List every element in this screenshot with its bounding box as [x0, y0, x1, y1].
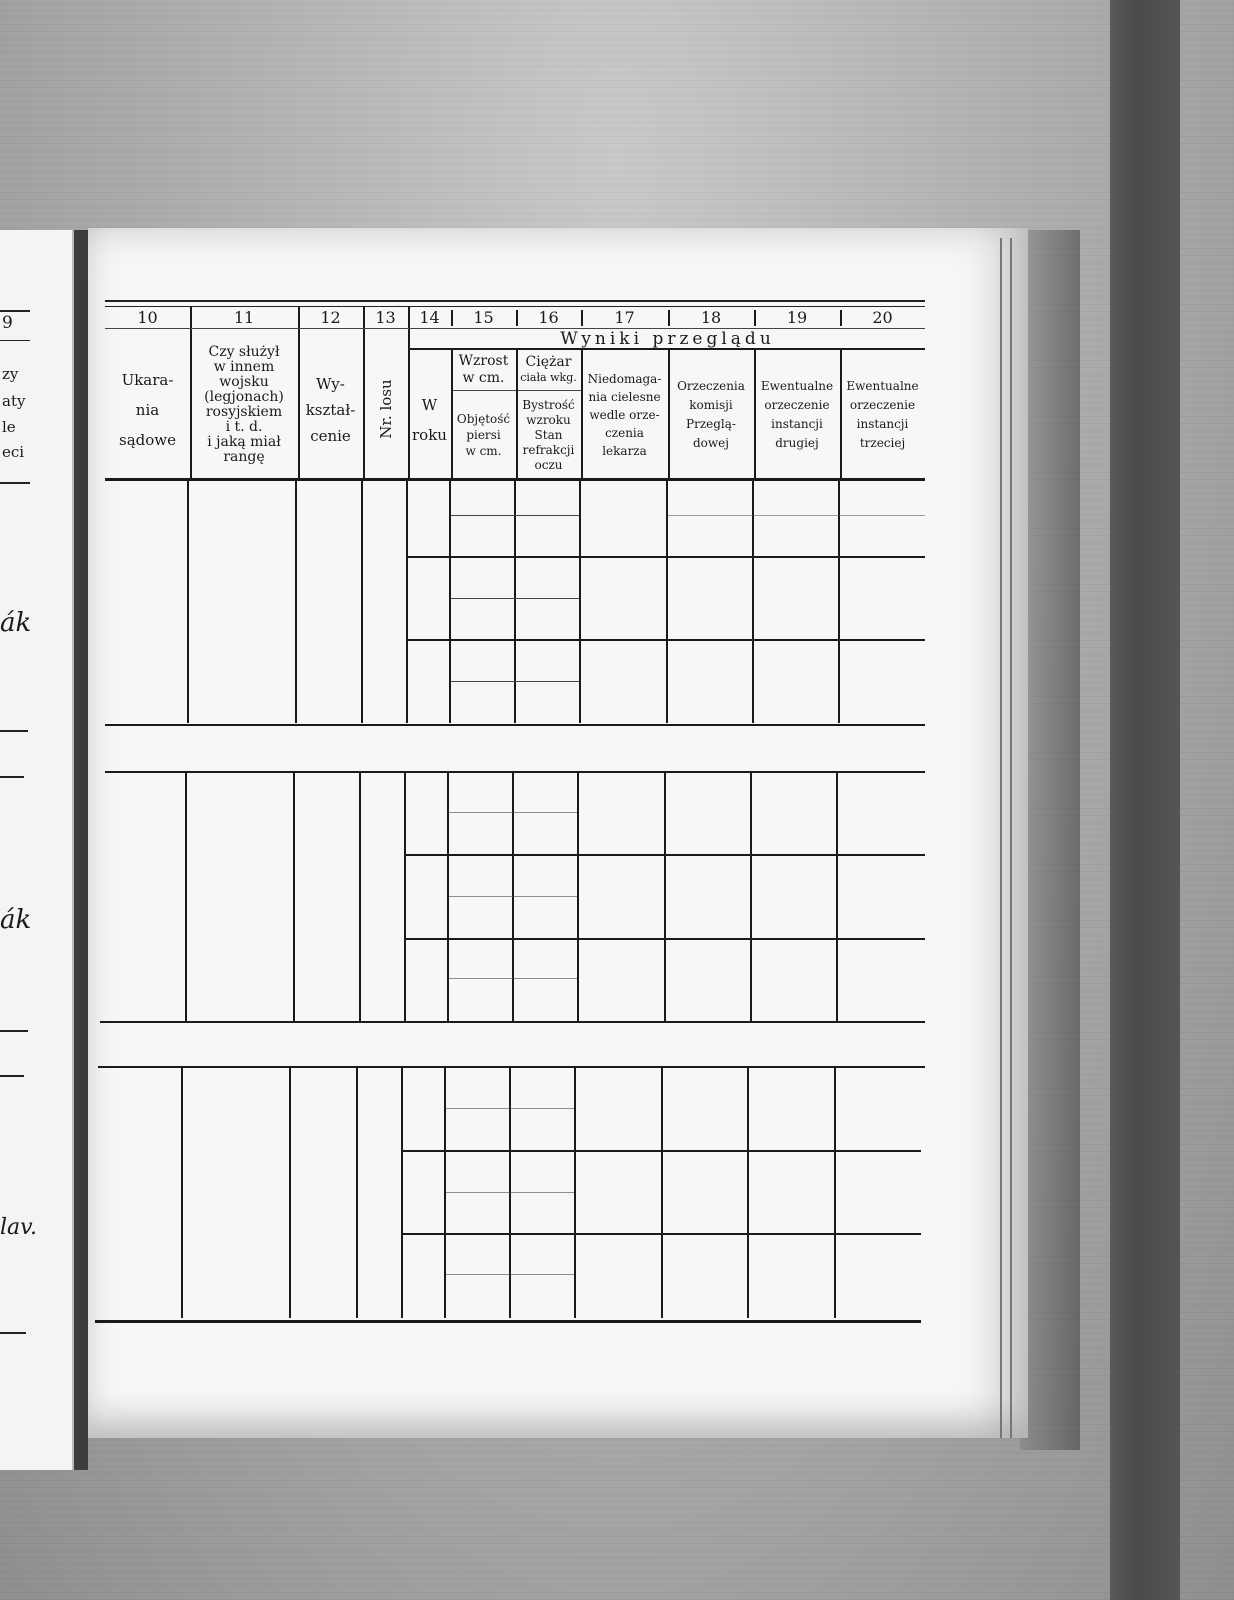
- column-number-14: 14: [408, 308, 451, 328]
- column-rule: [363, 306, 365, 480]
- table-top-rule: [105, 300, 925, 307]
- sub-row-rule: [406, 938, 925, 940]
- header-text: lekarza: [602, 442, 647, 460]
- header-text: Ciężar: [526, 355, 572, 370]
- column-number-12: 12: [298, 308, 363, 328]
- column-rule: [750, 773, 752, 1021]
- column-rule: [752, 481, 754, 723]
- inner-rule: [451, 598, 579, 599]
- header-text: Niedomaga-: [588, 370, 662, 388]
- header-text: czenia: [605, 424, 644, 442]
- header-col11: Czy służył w innem wojsku (legjonach) ro…: [190, 330, 298, 480]
- column-rule: [406, 481, 408, 723]
- column-rule: [289, 1068, 291, 1318]
- header-text: (legjonach): [204, 390, 284, 405]
- sub-row-rule: [403, 1150, 921, 1152]
- column-number-16: 16: [516, 308, 581, 328]
- column-rule: [361, 481, 363, 723]
- entry-top-rule: [98, 1066, 925, 1068]
- column-number-fragment: 9: [2, 314, 13, 332]
- handwritten-fragment: lav.: [0, 1215, 37, 1240]
- page-divider: [74, 230, 88, 1470]
- rule: [0, 340, 30, 341]
- column-rule: [664, 773, 666, 1021]
- header-text: refrakcji: [523, 443, 575, 458]
- inner-rule: [446, 1192, 574, 1193]
- column-rule: [579, 481, 581, 723]
- inner-rule: [449, 896, 577, 897]
- header-text: i jaką miał: [207, 435, 281, 450]
- header-text: Ewentualne: [846, 377, 918, 396]
- header-text: wedle orze-: [589, 406, 659, 424]
- inner-rule: [668, 515, 925, 516]
- header-col12: Wy- kształ- cenie: [298, 340, 363, 480]
- sub-row-rule: [406, 854, 925, 856]
- header-text: Przeglą-: [686, 415, 736, 434]
- header-text: piersi: [466, 427, 500, 443]
- column-rule: [451, 310, 453, 326]
- page-edge: [1000, 238, 1002, 1438]
- header-text: ciała wkg.: [520, 370, 576, 385]
- column-rule: [661, 1068, 663, 1318]
- header-col10: Ukara- nia sądowe: [105, 340, 190, 480]
- handwritten-fragment: ák: [0, 608, 31, 638]
- column-rule: [444, 1068, 446, 1318]
- column-rule: [295, 481, 297, 723]
- page-edge-shadow: [1020, 230, 1080, 1450]
- column-rule: [509, 1068, 511, 1318]
- header-col18: Orzeczenia komisji Przeglą- dowej: [668, 352, 754, 478]
- header-rule: [453, 390, 516, 391]
- column-rule: [449, 481, 451, 723]
- inner-rule: [449, 812, 577, 813]
- header-fragment: le: [2, 418, 16, 436]
- header-text: Ukara-: [122, 365, 174, 395]
- header-col20: Ewentualne orzeczenie instancji trzeciej: [840, 352, 925, 478]
- inner-rule: [446, 1274, 574, 1275]
- header-text: cenie: [310, 423, 351, 449]
- sub-row-rule: [408, 639, 925, 641]
- column-rule: [838, 481, 840, 723]
- header-text: instancji: [857, 415, 909, 434]
- column-rule: [581, 310, 583, 326]
- rule: [0, 776, 24, 778]
- rule: [0, 1075, 24, 1077]
- column-rule: [834, 1068, 836, 1318]
- header-text: Wzrost: [459, 353, 509, 370]
- column-rule: [516, 310, 518, 326]
- header-rule: [518, 390, 581, 391]
- header-text: wojsku: [219, 375, 268, 390]
- column-rule: [185, 773, 187, 1021]
- header-text: rosyjskiem: [206, 405, 282, 420]
- table-bottom-rule: [95, 1320, 921, 1323]
- header-text: sądowe: [119, 425, 176, 455]
- previous-page-fragment: 9 zy aty le eci ák ák lav.: [0, 230, 74, 1470]
- column-rule: [512, 773, 514, 1021]
- column-number-18: 18: [668, 308, 754, 328]
- column-rule: [401, 1068, 403, 1318]
- group-header-wyniki-przegladu: Wyniki przeglądu: [410, 330, 925, 348]
- header-text: kształ-: [306, 397, 356, 423]
- header-col16-top: Ciężar ciała wkg.: [516, 350, 581, 390]
- rule: [0, 1030, 28, 1032]
- header-col15-bottom: Objętość piersi w cm.: [451, 400, 516, 470]
- column-rule: [356, 1068, 358, 1318]
- header-text: orzeczenie: [764, 396, 829, 415]
- column-number-17: 17: [581, 308, 668, 328]
- header-col19: Ewentualne orzeczenie instancji drugiej: [754, 352, 840, 478]
- column-rule: [447, 773, 449, 1021]
- sub-row-rule: [408, 556, 925, 558]
- header-col14: W roku: [408, 360, 451, 480]
- column-rule: [293, 773, 295, 1021]
- column-rule: [668, 310, 670, 326]
- header-text: nia cielesne: [588, 388, 660, 406]
- column-rule: [840, 310, 842, 326]
- column-rule: [836, 773, 838, 1021]
- header-text: Bystrość: [522, 398, 574, 413]
- header-fragment: aty: [2, 392, 25, 410]
- column-number-13: 13: [363, 308, 408, 328]
- header-text: roku: [412, 420, 447, 450]
- column-number-11: 11: [190, 308, 298, 328]
- header-text: drugiej: [775, 434, 819, 453]
- column-number-20: 20: [840, 308, 925, 328]
- page-edge: [1010, 238, 1012, 1438]
- inner-rule: [449, 978, 577, 979]
- rule: [0, 310, 30, 312]
- header-fragment: zy: [2, 365, 18, 383]
- header-col15-top: Wzrost w cm.: [451, 350, 516, 390]
- sub-row-rule: [403, 1233, 921, 1235]
- inner-rule: [451, 681, 579, 682]
- header-text: w cm.: [463, 370, 505, 387]
- column-rule: [514, 481, 516, 723]
- column-number-10: 10: [105, 308, 190, 328]
- header-text: Objętość: [457, 411, 510, 427]
- column-rule: [747, 1068, 749, 1318]
- header-text: Stan: [535, 428, 563, 443]
- header-text: w cm.: [466, 443, 502, 459]
- rule: [0, 730, 28, 732]
- entry-bottom-rule: [105, 724, 925, 726]
- header-text: Ewentualne: [761, 377, 833, 396]
- header-text: Wy-: [316, 371, 345, 397]
- header-text: oczu: [535, 458, 563, 473]
- inner-rule: [451, 515, 579, 516]
- header-text: trzeciej: [860, 434, 905, 453]
- header-text: orzeczenie: [850, 396, 915, 415]
- column-rule: [574, 1068, 576, 1318]
- header-text: dowej: [693, 434, 729, 453]
- column-number-19: 19: [754, 308, 840, 328]
- column-rule: [666, 481, 668, 723]
- column-rule: [181, 1068, 183, 1318]
- column-rule: [187, 481, 189, 723]
- column-number-15: 15: [451, 308, 516, 328]
- header-col16-bottom: Bystrość wzroku Stan refrakcji oczu: [516, 392, 581, 478]
- header-text: i t. d.: [226, 420, 263, 435]
- header-text: nia: [136, 395, 159, 425]
- column-rule: [404, 773, 406, 1021]
- rule: [0, 482, 30, 484]
- column-rule: [754, 310, 756, 326]
- rule: [0, 1332, 26, 1334]
- header-rule: [105, 328, 925, 329]
- binding-shadow-strip: [1110, 0, 1180, 1600]
- header-text: instancji: [771, 415, 823, 434]
- header-col13: Nr. losu: [377, 374, 395, 444]
- entry-top-rule: [105, 771, 925, 773]
- header-text: komisji: [689, 396, 732, 415]
- header-text: Czy służył: [208, 345, 279, 360]
- column-rule: [577, 773, 579, 1021]
- header-text: W: [422, 390, 437, 420]
- header-text: wzroku: [526, 413, 571, 428]
- header-text: Orzeczenia: [677, 377, 745, 396]
- header-text: rangę: [223, 450, 264, 465]
- column-rule: [359, 773, 361, 1021]
- entry-bottom-rule: [100, 1021, 925, 1023]
- handwritten-fragment: ák: [0, 905, 31, 935]
- header-col17: Niedomaga- nia cielesne wedle orze- czen…: [581, 352, 668, 478]
- header-text: w innem: [214, 360, 275, 375]
- header-fragment: eci: [2, 443, 24, 461]
- inner-rule: [446, 1108, 574, 1109]
